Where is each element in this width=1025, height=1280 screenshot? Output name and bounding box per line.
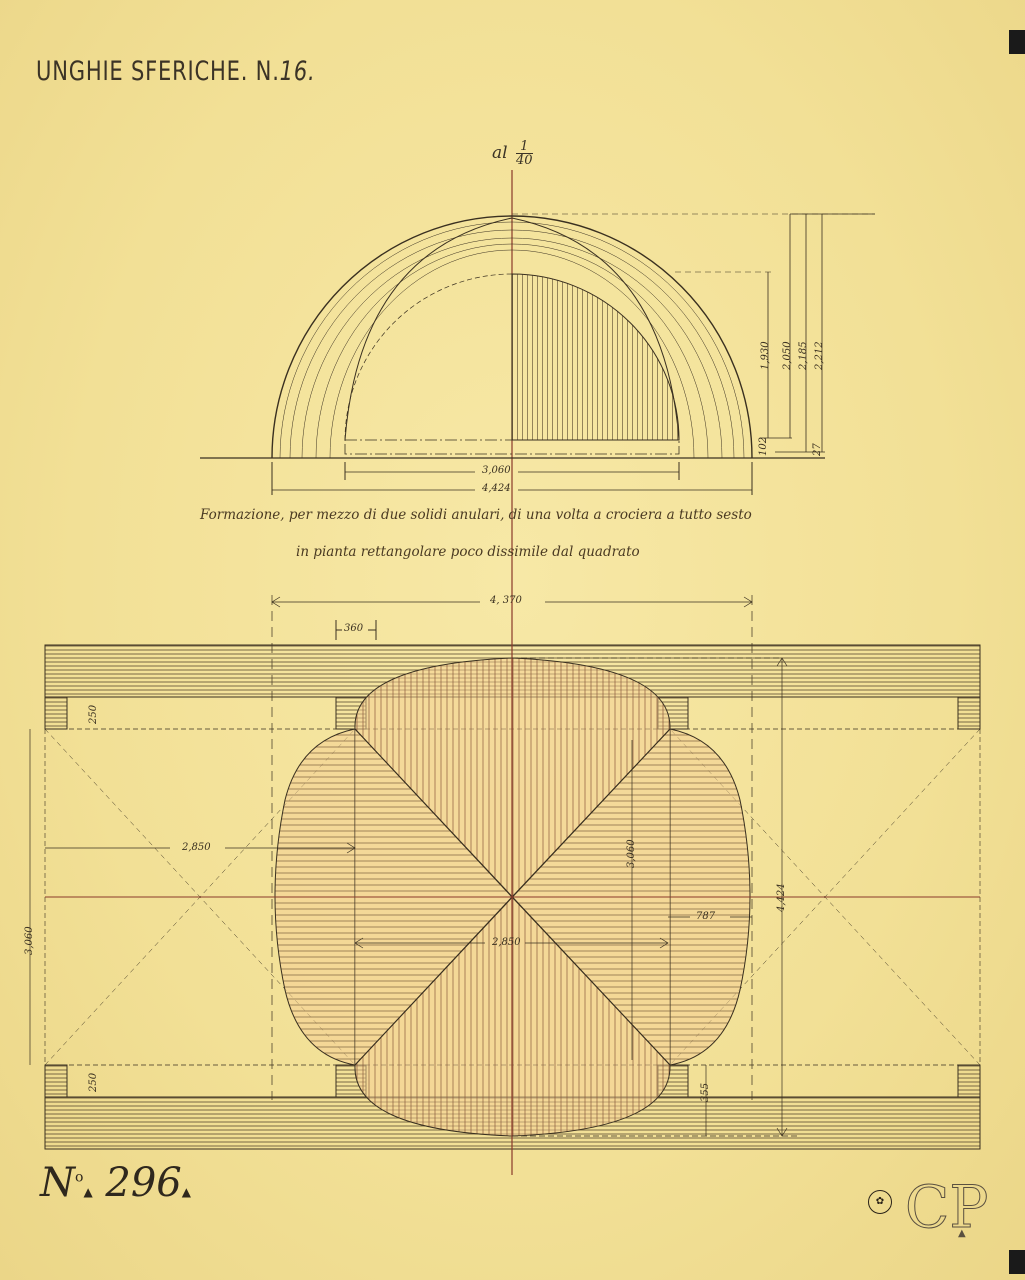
technical-drawing: [0, 0, 1025, 1280]
scale-numerator: 1: [516, 140, 533, 153]
cp-monogram: CP: [905, 1178, 988, 1236]
caption-line-1: Formazione, per mezzo di due solidi anul…: [200, 507, 752, 523]
center-span-dim: 2,850: [492, 937, 521, 948]
scale-label: al 140: [492, 140, 533, 167]
inventory-sup: o: [75, 1170, 83, 1186]
caption-line-2: in pianta rettangolare poco dissimile da…: [296, 544, 640, 560]
span-inner-dim: 3,060: [482, 465, 511, 476]
small-dim-102: 102: [758, 437, 769, 456]
elevation-view: [200, 170, 875, 600]
stamp-glyph: ✿: [876, 1196, 884, 1207]
right-height-dim: 4,424: [776, 883, 787, 912]
triangle-mark: ▲: [83, 1185, 92, 1199]
sheet-title: UNGHIE SFERICHE. N.16.: [36, 56, 316, 87]
plan-view: [30, 595, 980, 1175]
small-dim-27: 27: [812, 443, 823, 456]
left-height-dim: 3,060: [24, 926, 35, 955]
inventory-prefix: N: [40, 1160, 75, 1206]
title-number: 16.: [280, 56, 316, 87]
scale-prefix: al: [492, 143, 508, 163]
height-dim-4: 2,212: [814, 341, 825, 370]
monogram-triangle: ▲: [958, 1228, 966, 1239]
inventory-value: 296: [105, 1160, 181, 1206]
left-span-dim: 2,850: [182, 842, 211, 853]
inner-height-dim: 3,060: [626, 839, 637, 868]
wall-thickness-bottom-dim: 250: [88, 1073, 99, 1092]
triangle-mark-2: ▲: [182, 1185, 191, 1199]
wall-thickness-top-dim: 250: [88, 705, 99, 724]
span-outer-dim: 4,424: [482, 483, 511, 494]
inventory-number: No▲ 296▲: [40, 1160, 191, 1206]
collection-stamp-icon: ✿: [868, 1190, 892, 1214]
bottom-offset-dim: 355: [700, 1083, 711, 1102]
offset-dim: 787: [696, 911, 715, 922]
scale-denominator: 40: [516, 153, 533, 167]
height-dim-3: 2,185: [798, 341, 809, 370]
overall-width-dim: 4, 370: [490, 595, 522, 606]
height-dim-1: 1,930: [760, 341, 771, 370]
pier-width-dim: 360: [344, 623, 363, 634]
scale-fraction: 140: [516, 140, 533, 167]
height-dim-2: 2,050: [782, 341, 793, 370]
title-text: UNGHIE SFERICHE. N.: [36, 56, 280, 87]
